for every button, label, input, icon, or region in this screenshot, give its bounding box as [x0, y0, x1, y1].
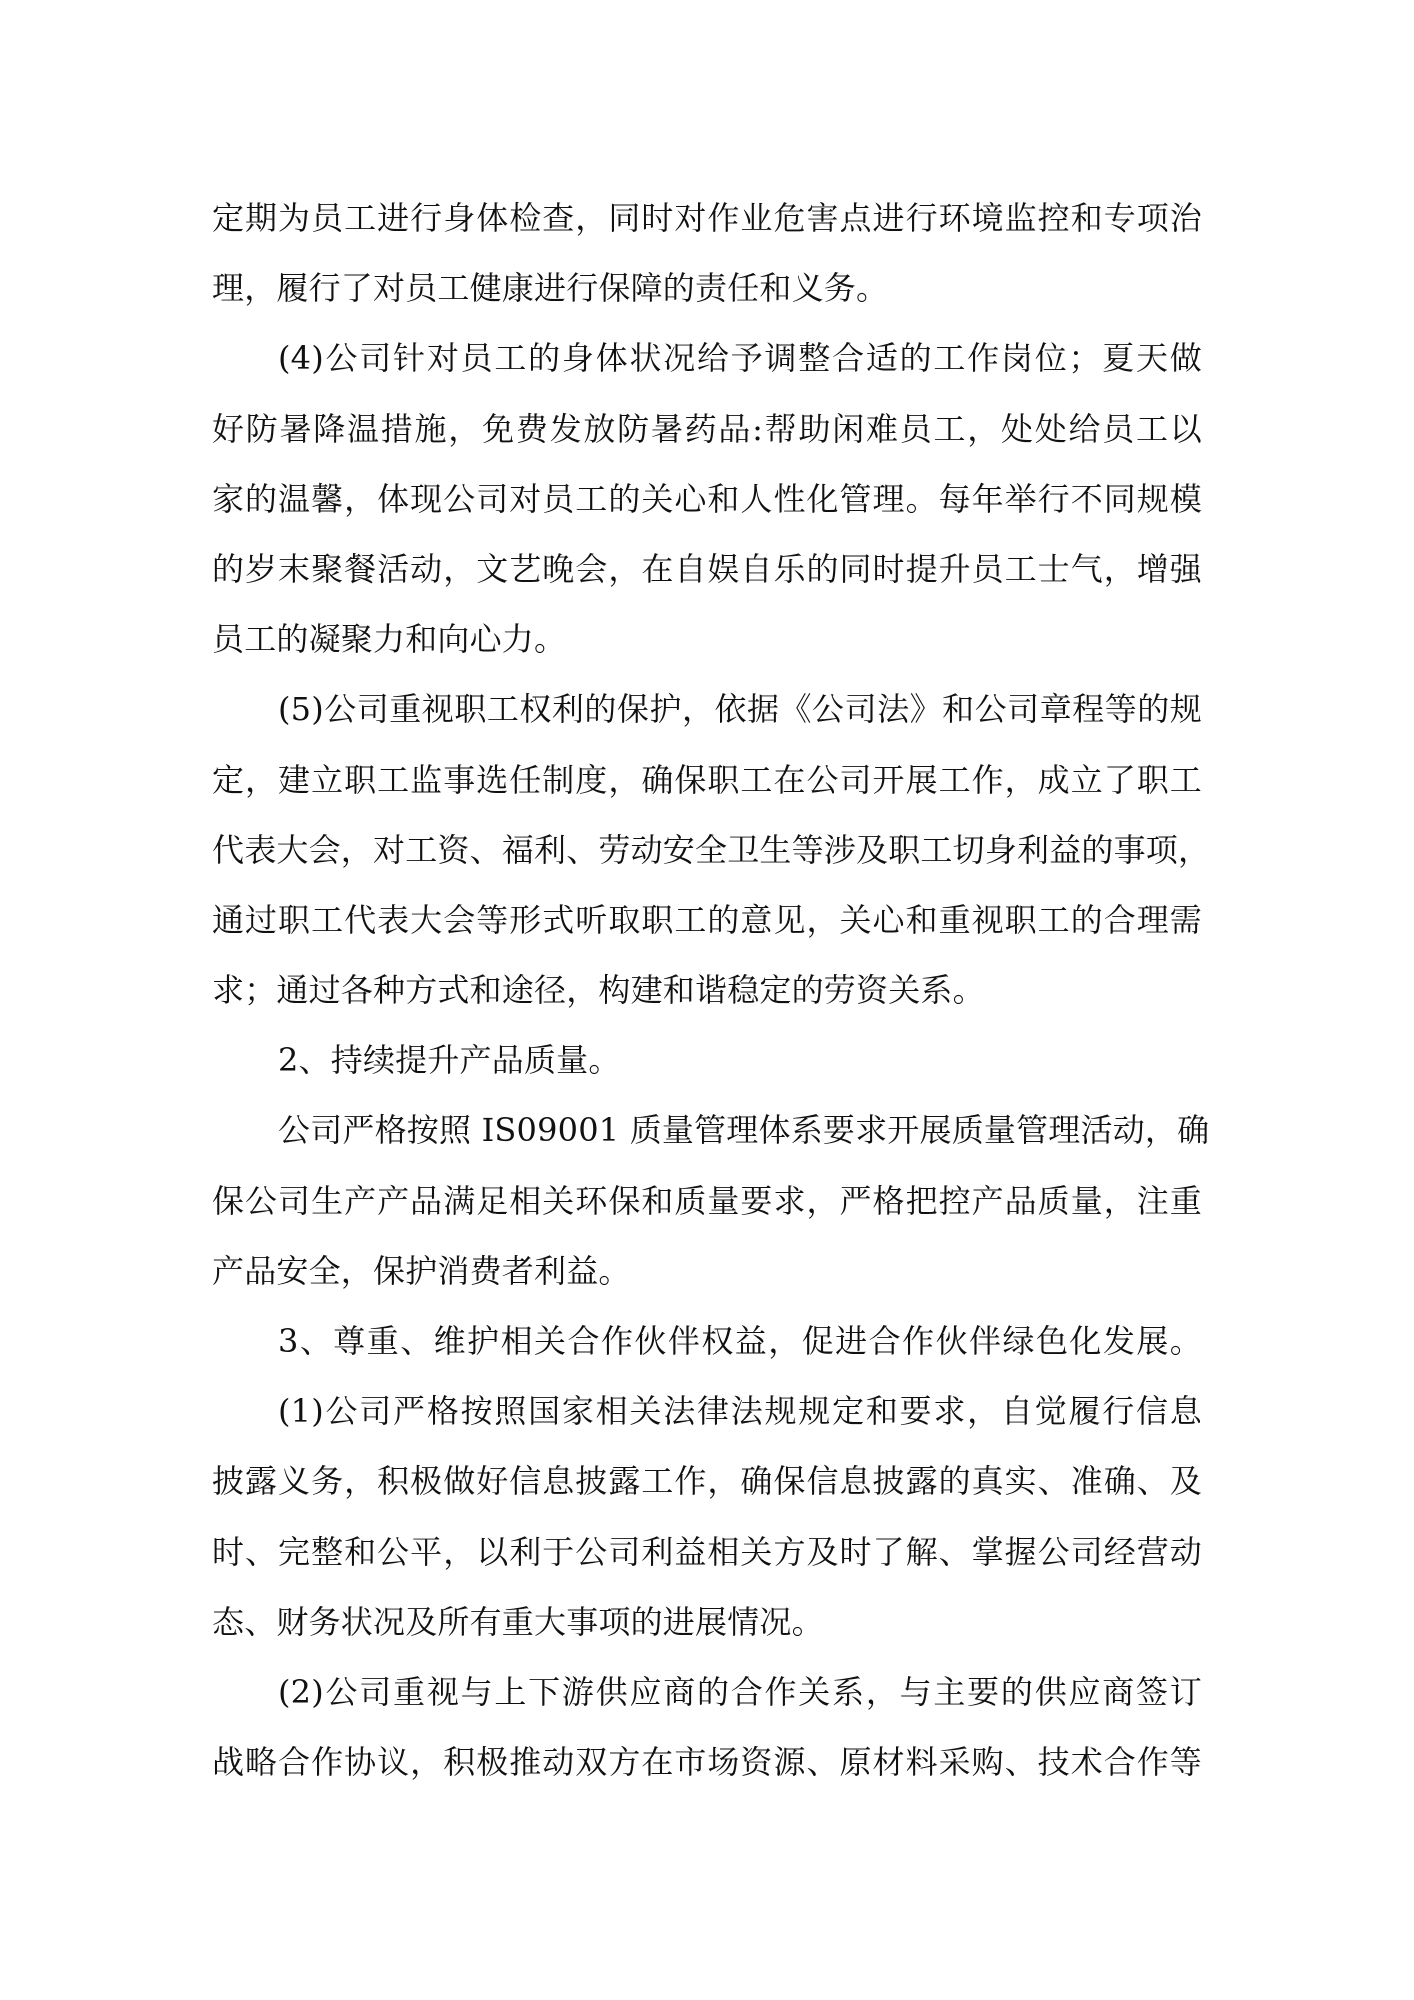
text-line: 态、财务状况及所有重大事项的进展情况。	[212, 1587, 1202, 1657]
text-line: 披露义务，积极做好信息披露工作，确保信息披露的真实、准确、及	[212, 1446, 1202, 1516]
text-line: 产品安全，保护消费者利益。	[212, 1236, 1202, 1306]
paragraph-start-line: (4)公司针对员工的身体状况给予调整合适的工作岗位；夏天做	[212, 323, 1202, 393]
text-line: 代表大会，对工资、福利、劳动安全卫生等涉及职工切身利益的事项，	[212, 815, 1202, 885]
text-line: 通过职工代表大会等形式听取职工的意见，关心和重视职工的合理需	[212, 885, 1202, 955]
text-line: 求；通过各种方式和途径，构建和谐稳定的劳资关系。	[212, 955, 1202, 1025]
text-line: 员工的凝聚力和向心力。	[212, 604, 1202, 674]
text-line: 时、完整和公平，以利于公司利益相关方及时了解、掌握公司经营动	[212, 1517, 1202, 1587]
section-heading: 2、持续提升产品质量。	[212, 1025, 1202, 1095]
section-heading: 3、尊重、维护相关合作伙伴权益，促进合作伙伴绿色化发展。	[212, 1306, 1202, 1376]
text-line: 的岁末聚餐活动，文艺晚会，在自娱自乐的同时提升员工士气，增强	[212, 534, 1202, 604]
paragraph-start-line: (5)公司重视职工权利的保护，依据《公司法》和公司章程等的规	[212, 674, 1202, 744]
document-page: 定期为员工进行身体检查，同时对作业危害点进行环境监控和专项治 理，履行了对员工健…	[212, 183, 1202, 1797]
text-line: 保公司生产产品满足相关环保和质量要求，严格把控产品质量，注重	[212, 1166, 1202, 1236]
text-line: 理，履行了对员工健康进行保障的责任和义务。	[212, 253, 1202, 323]
text-line: 定，建立职工监事选任制度，确保职工在公司开展工作，成立了职工	[212, 745, 1202, 815]
text-line: 家的温馨，体现公司对员工的关心和人性化管理。每年举行不同规模	[212, 464, 1202, 534]
text-line: 好防暑降温措施，免费发放防暑药品:帮助闲难员工，处处给员工以	[212, 394, 1202, 464]
paragraph-start-line: (2)公司重视与上下游供应商的合作关系，与主要的供应商签订	[212, 1657, 1202, 1727]
paragraph-start-line: (1)公司严格按照国家相关法律法规规定和要求，自觉履行信息	[212, 1376, 1202, 1446]
text-line: 战略合作协议，积极推动双方在市场资源、原材料采购、技术合作等	[212, 1727, 1202, 1797]
text-line: 定期为员工进行身体检查，同时对作业危害点进行环境监控和专项治	[212, 183, 1202, 253]
paragraph-start-line: 公司严格按照 IS09001 质量管理体系要求开展质量管理活动，确	[212, 1095, 1202, 1165]
